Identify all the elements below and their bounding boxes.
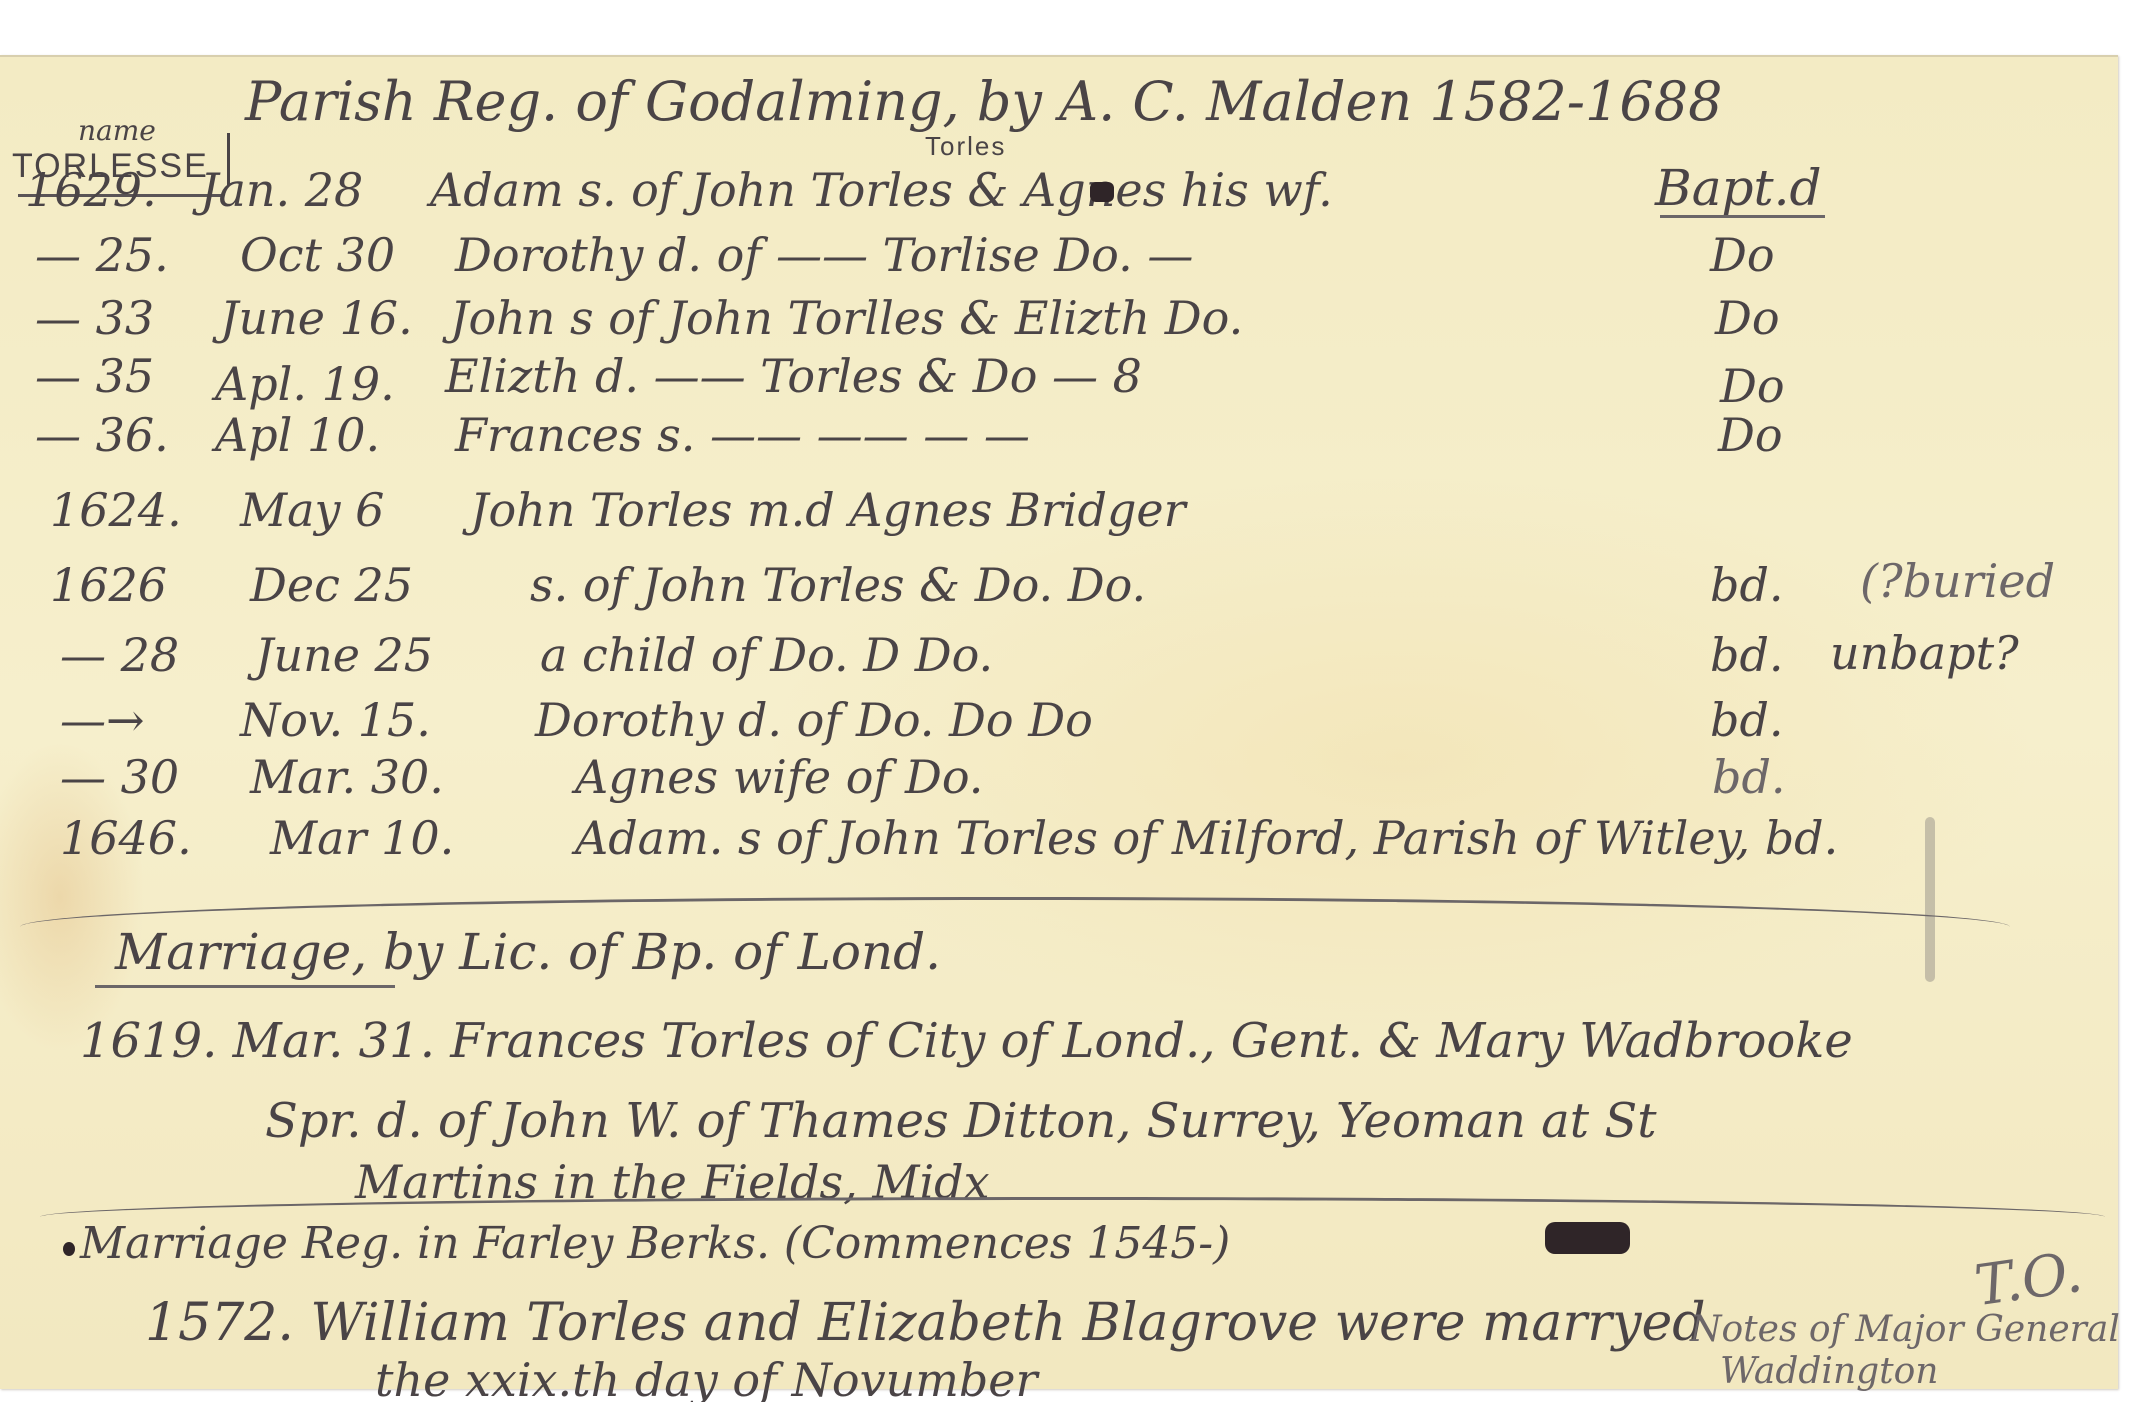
entry-year: —→ [60, 697, 145, 743]
entry-date: June 16. [220, 295, 413, 341]
entry-year: — 28 [60, 632, 179, 678]
entry-year: — 35 [35, 353, 154, 399]
entry-date: May 6 [240, 487, 384, 533]
surname-correction: Torles [925, 133, 1006, 159]
entry-status: bd. [1712, 754, 1786, 800]
entry-text: a child of Do. D Do. [540, 632, 993, 678]
entry-text: s. of John Torles & Do. Do. [530, 562, 1146, 608]
entry-text: Adam s. of John Torles & Agnes his wf. [430, 167, 1333, 213]
entry-year: — 25. [35, 232, 169, 278]
marriage-line-2: Spr. d. of John W. of Thames Ditton, Sur… [265, 1097, 1656, 1145]
entry-date: Oct 30 [240, 232, 395, 278]
register-title: Parish Reg. of Godalming, by A. C. Malde… [245, 75, 1722, 129]
marriage-heading: Marriage, by Lic. of Bp. of Lond. [115, 927, 941, 977]
entry-year: 1626 [50, 562, 167, 608]
entry-date: Nov. 15. [240, 697, 431, 743]
entry-text: Dorothy d. of —— Torlise Do. — [455, 232, 1193, 278]
entry-date: Mar. 30. [250, 754, 444, 800]
entry-status: bd. [1710, 632, 1784, 678]
entry-date: Apl. 19. [215, 361, 395, 407]
entry-status: Do [1718, 412, 1783, 458]
entry-status: bd. [1710, 697, 1784, 743]
farley-line-1: 1572. William Torles and Elizabeth Blagr… [145, 1297, 1706, 1349]
entry-date: Apl 10. [215, 412, 380, 458]
entry-date: Jan. 28 [200, 167, 363, 213]
entry-note: (?buried [1860, 558, 2055, 604]
baptisms-heading-underline [1660, 215, 1825, 218]
entry-year: — 36. [35, 412, 169, 458]
index-card: name TORLESSE Parish Reg. of Godalming, … [0, 55, 2118, 1389]
entry-date: Mar 10. [270, 815, 454, 861]
attribution-line-2: Waddington [1720, 1354, 1939, 1390]
entry-status: bd. [1710, 562, 1784, 608]
marriage-line-1: 1619. Mar. 31. Frances Torles of City of… [80, 1017, 1853, 1065]
entry-status: Do [1710, 232, 1775, 278]
entry-text: Adam. s of John Torles of Milford, Paris… [575, 815, 1838, 861]
entry-text: Elizth d. —— Torles & Do — 8 [445, 353, 1142, 399]
entry-year: — 30 [60, 754, 179, 800]
entry-year: 1624. [50, 487, 182, 533]
entry-year: 1646. [60, 815, 192, 861]
entry-year: 1629. [25, 167, 157, 213]
farley-line-2: the xxix.th day of Novumber [375, 1357, 1038, 1402]
farley-heading: Marriage Reg. in Farley Berks. (Commence… [80, 1222, 1230, 1266]
entry-note: unbapt? [1830, 630, 2019, 676]
baptisms-heading: Bapt.d [1655, 163, 1822, 213]
entry-date: Dec 25 [250, 562, 413, 608]
entry-status: Do [1715, 295, 1780, 341]
entry-year: — 33 [35, 295, 154, 341]
entry-text: Agnes wife of Do. [575, 754, 983, 800]
entry-text: John Torles m.d Agnes Bridger [470, 487, 1186, 533]
ink-blot [1545, 1222, 1630, 1254]
marriage-heading-underline [95, 985, 395, 988]
entry-status: Do [1720, 363, 1785, 409]
initials: T.O. [1972, 1245, 2086, 1315]
name-label: name [78, 117, 156, 145]
ink-blot [1090, 182, 1114, 202]
ink-dot [63, 1242, 75, 1256]
attribution-line-1: Notes of Major General [1690, 1312, 2120, 1348]
entry-date: June 25 [255, 632, 433, 678]
entry-text: Frances s. —— —— — — [455, 412, 1030, 458]
entry-text: Dorothy d. of Do. Do Do [535, 697, 1093, 743]
pencil-smudge [1925, 817, 1935, 982]
entry-text: John s of John Torlles & Elizth Do. [450, 295, 1243, 341]
